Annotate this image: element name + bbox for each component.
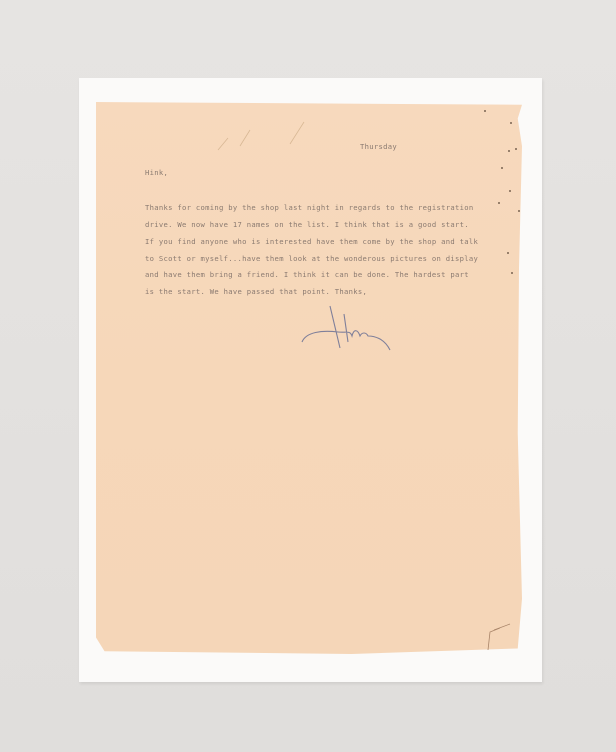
- letter-paper: [96, 102, 522, 654]
- letter-date: Thursday: [360, 142, 397, 151]
- letter-line: is the start. We have passed that point.…: [145, 287, 367, 296]
- letter-line: to Scott or myself...have them look at t…: [145, 254, 478, 263]
- foxing-spot: [515, 148, 517, 150]
- paper-creases: [200, 120, 400, 160]
- foxing-spot: [507, 252, 509, 254]
- foxing-spot: [484, 110, 486, 112]
- foxing-spot: [509, 190, 511, 192]
- corner-tear: [480, 620, 520, 660]
- foxing-spot: [511, 272, 513, 274]
- foxing-spot: [510, 122, 512, 124]
- letter-salutation: Hink,: [145, 168, 168, 177]
- letter-line: Thanks for coming by the shop last night…: [145, 203, 474, 212]
- letter-line: If you find anyone who is interested hav…: [145, 237, 478, 246]
- letter-line: drive. We now have 17 names on the list.…: [145, 220, 469, 229]
- foxing-spot: [518, 210, 520, 212]
- letter-line: and have them bring a friend. I think it…: [145, 270, 469, 279]
- foxing-spot: [501, 167, 503, 169]
- foxing-spot: [498, 202, 500, 204]
- signature: [288, 302, 408, 362]
- foxing-spot: [508, 150, 510, 152]
